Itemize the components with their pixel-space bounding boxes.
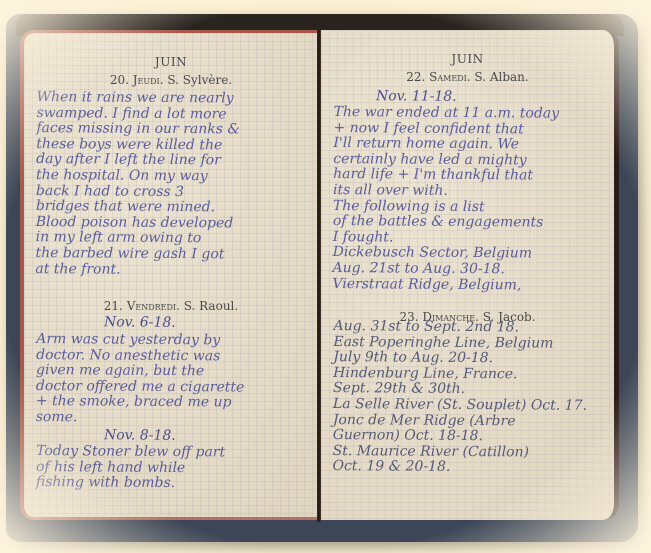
day-header-20: 20. Jeudi. S. Sylvère.	[24, 73, 318, 87]
day-header-22: 22. Samedi. S. Alban.	[321, 70, 614, 84]
weekday: Vendredi.	[127, 299, 180, 313]
saint-name: S. Alban.	[474, 70, 528, 84]
day-header-21: 21. Vendredi. S. Raoul.	[24, 299, 318, 313]
handwritten-entry-23: Aug. 31st to Sept. 2nd 18. East Popering…	[332, 319, 604, 477]
day-number: 22.	[406, 70, 425, 84]
weekday: Samedi.	[429, 70, 470, 84]
right-page: JUIN 22. Samedi. S. Alban. Nov. 11-18. T…	[321, 30, 619, 520]
saint-name: S. Sylvère.	[167, 73, 232, 87]
saint-name: S. Raoul.	[184, 299, 239, 313]
left-page: JUIN 20. Jeudi. S. Sylvère. When it rain…	[20, 30, 318, 520]
handwritten-entry-20: When it rains we are nearly swamped. I f…	[35, 90, 308, 279]
handwritten-entry-21: Arm was cut yesterday by doctor. No anes…	[36, 332, 309, 427]
day-number: 20.	[110, 73, 129, 87]
handwritten-date-nov-6: Nov. 6-18.	[104, 315, 308, 332]
handwritten-entry-21b: Today Stoner blew off part of his left h…	[36, 444, 308, 493]
handwritten-entry-22: The war ended at 11 a.m. today + now I f…	[332, 105, 604, 294]
weekday: Jeudi.	[133, 73, 164, 87]
left-month-header: JUIN	[24, 55, 318, 69]
right-month-header: JUIN	[321, 52, 614, 66]
day-number: 21.	[104, 299, 123, 313]
